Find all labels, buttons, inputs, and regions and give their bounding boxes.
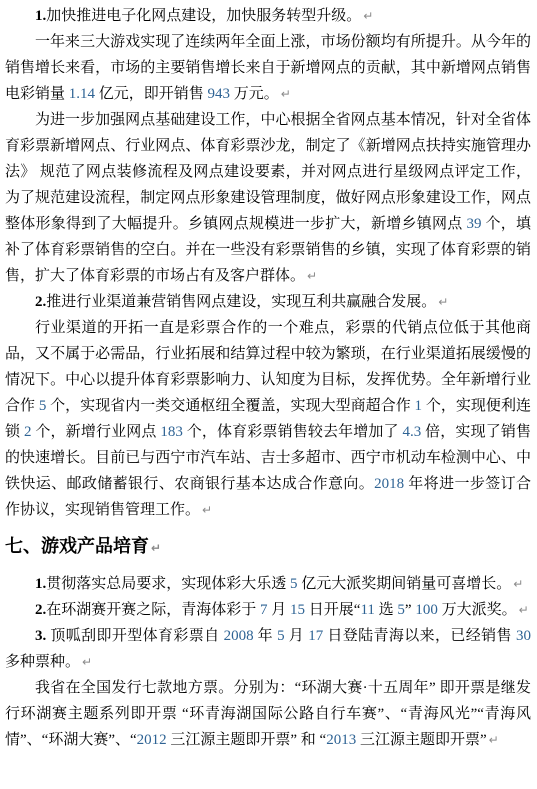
numeric-value: 4.3	[403, 424, 422, 440]
paragraph-mark-icon: ↵	[279, 87, 291, 101]
text-run: 万元。	[230, 86, 279, 102]
text-run: 2.	[35, 294, 46, 310]
text-run: ”	[405, 602, 415, 618]
text-run: 个，新增行业网点	[32, 424, 161, 440]
text-run: 2.	[35, 602, 46, 618]
text-run: 个，实现省内一类交通枢纽全覆盖，实现大型商超合作	[46, 398, 414, 414]
paragraph-mark-icon: ↵	[361, 9, 373, 23]
numeric-value: 5	[397, 602, 405, 618]
numeric-value: 7	[260, 602, 268, 618]
text-run: 推进行业渠道兼营销售网点建设，实现互利共赢融合发展。	[46, 294, 436, 310]
text-run: 在环湖赛开赛之际，青海体彩于	[46, 602, 260, 618]
text-run: 日登陆青海以来，已经销售	[323, 628, 516, 644]
text-run: 3.	[35, 628, 46, 644]
paragraph: 我省在全国发行七款地方票。分别为：“环湖大赛·十五周年” 即开票是继发行环湖赛主…	[5, 675, 531, 753]
text-run: 亿元，即开销售	[95, 86, 208, 102]
paragraph: 1.加快推进电子化网点建设，加快服务转型升级。↵	[5, 3, 531, 29]
numeric-value: 2018	[374, 476, 404, 492]
text-run: 月	[285, 628, 309, 644]
numeric-value: 183	[160, 424, 183, 440]
text-run: 三江源主题即开票” 和 “	[167, 732, 327, 748]
text-run: 日开展“	[305, 602, 360, 618]
paragraph: 3. 顶呱刮即开型体育彩票自 2008 年 5 月 17 日登陆青海以来，已经销…	[5, 623, 531, 675]
numeric-value: 100	[415, 602, 438, 618]
paragraph: 一年来三大游戏实现了连续两年全面上涨，市场份额均有所提升。从今年的销售增长来看，…	[5, 29, 531, 107]
text-run: 加快推进电子化网点建设，加快服务转型升级。	[46, 8, 361, 24]
text-run: 亿元大派奖期间销量可喜增长。	[298, 576, 512, 592]
numeric-value: 5	[277, 628, 285, 644]
numeric-value: 11	[360, 602, 374, 618]
numeric-value: 1.14	[69, 86, 95, 102]
numeric-value: 39	[466, 216, 481, 232]
numeric-value: 2	[24, 424, 32, 440]
text-run: 多种票种。	[5, 654, 80, 670]
numeric-value: 5	[290, 576, 298, 592]
numeric-value: 2012	[137, 732, 167, 748]
paragraph-mark-icon: ↵	[149, 541, 161, 555]
text-run: 1.	[35, 8, 46, 24]
paragraph-mark-icon: ↵	[436, 295, 448, 309]
paragraph: 1.贯彻落实总局要求，实现体彩大乐透 5 亿元大派奖期间销量可喜增长。↵	[5, 571, 531, 597]
paragraph-mark-icon: ↵	[511, 577, 523, 591]
paragraph-mark-icon: ↵	[200, 503, 212, 517]
numeric-value: 2008	[224, 628, 254, 644]
text-run: 月	[268, 602, 291, 618]
paragraph-mark-icon: ↵	[517, 603, 529, 617]
text-run: 年	[254, 628, 278, 644]
text-run: 个，体育彩票销售较去年增加了	[183, 424, 403, 440]
numeric-value: 17	[308, 628, 323, 644]
section-heading: 七、游戏产品培育↵	[5, 530, 531, 564]
text-run: 为进一步加强网点基础建设工作，中心根据全省网点基本情况，针对全省体育彩票新增网点…	[5, 112, 531, 232]
paragraph-mark-icon: ↵	[80, 655, 92, 669]
text-run: 1.	[35, 576, 46, 592]
paragraph: 为进一步加强网点基础建设工作，中心根据全省网点基本情况，针对全省体育彩票新增网点…	[5, 107, 531, 289]
numeric-value: 15	[290, 602, 305, 618]
numeric-value: 2013	[326, 732, 356, 748]
numeric-value: 30	[516, 628, 531, 644]
text-run: 万大派奖。	[438, 602, 517, 618]
text-run: 选	[375, 602, 398, 618]
text-run: 七、游戏产品培育	[5, 536, 149, 556]
numeric-value: 1	[415, 398, 423, 414]
text-run: 贯彻落实总局要求，实现体彩大乐透	[46, 576, 290, 592]
text-run: 三江源主题即开票”	[356, 732, 486, 748]
paragraph: 行业渠道的开拓一直是彩票合作的一个难点，彩票的代销点位低于其他商品，又不属于必需…	[5, 315, 531, 523]
paragraph-mark-icon: ↵	[487, 733, 499, 747]
paragraph: 2.在环湖赛开赛之际，青海体彩于 7 月 15 日开展“11 选 5” 100 …	[5, 597, 531, 623]
text-run: 顶呱刮即开型体育彩票自	[46, 628, 223, 644]
paragraph-mark-icon: ↵	[305, 269, 317, 283]
paragraph: 2.推进行业渠道兼营销售网点建设，实现互利共赢融合发展。↵	[5, 289, 531, 315]
numeric-value: 943	[208, 86, 231, 102]
document-page: 1.加快推进电子化网点建设，加快服务转型升级。↵一年来三大游戏实现了连续两年全面…	[0, 0, 537, 789]
